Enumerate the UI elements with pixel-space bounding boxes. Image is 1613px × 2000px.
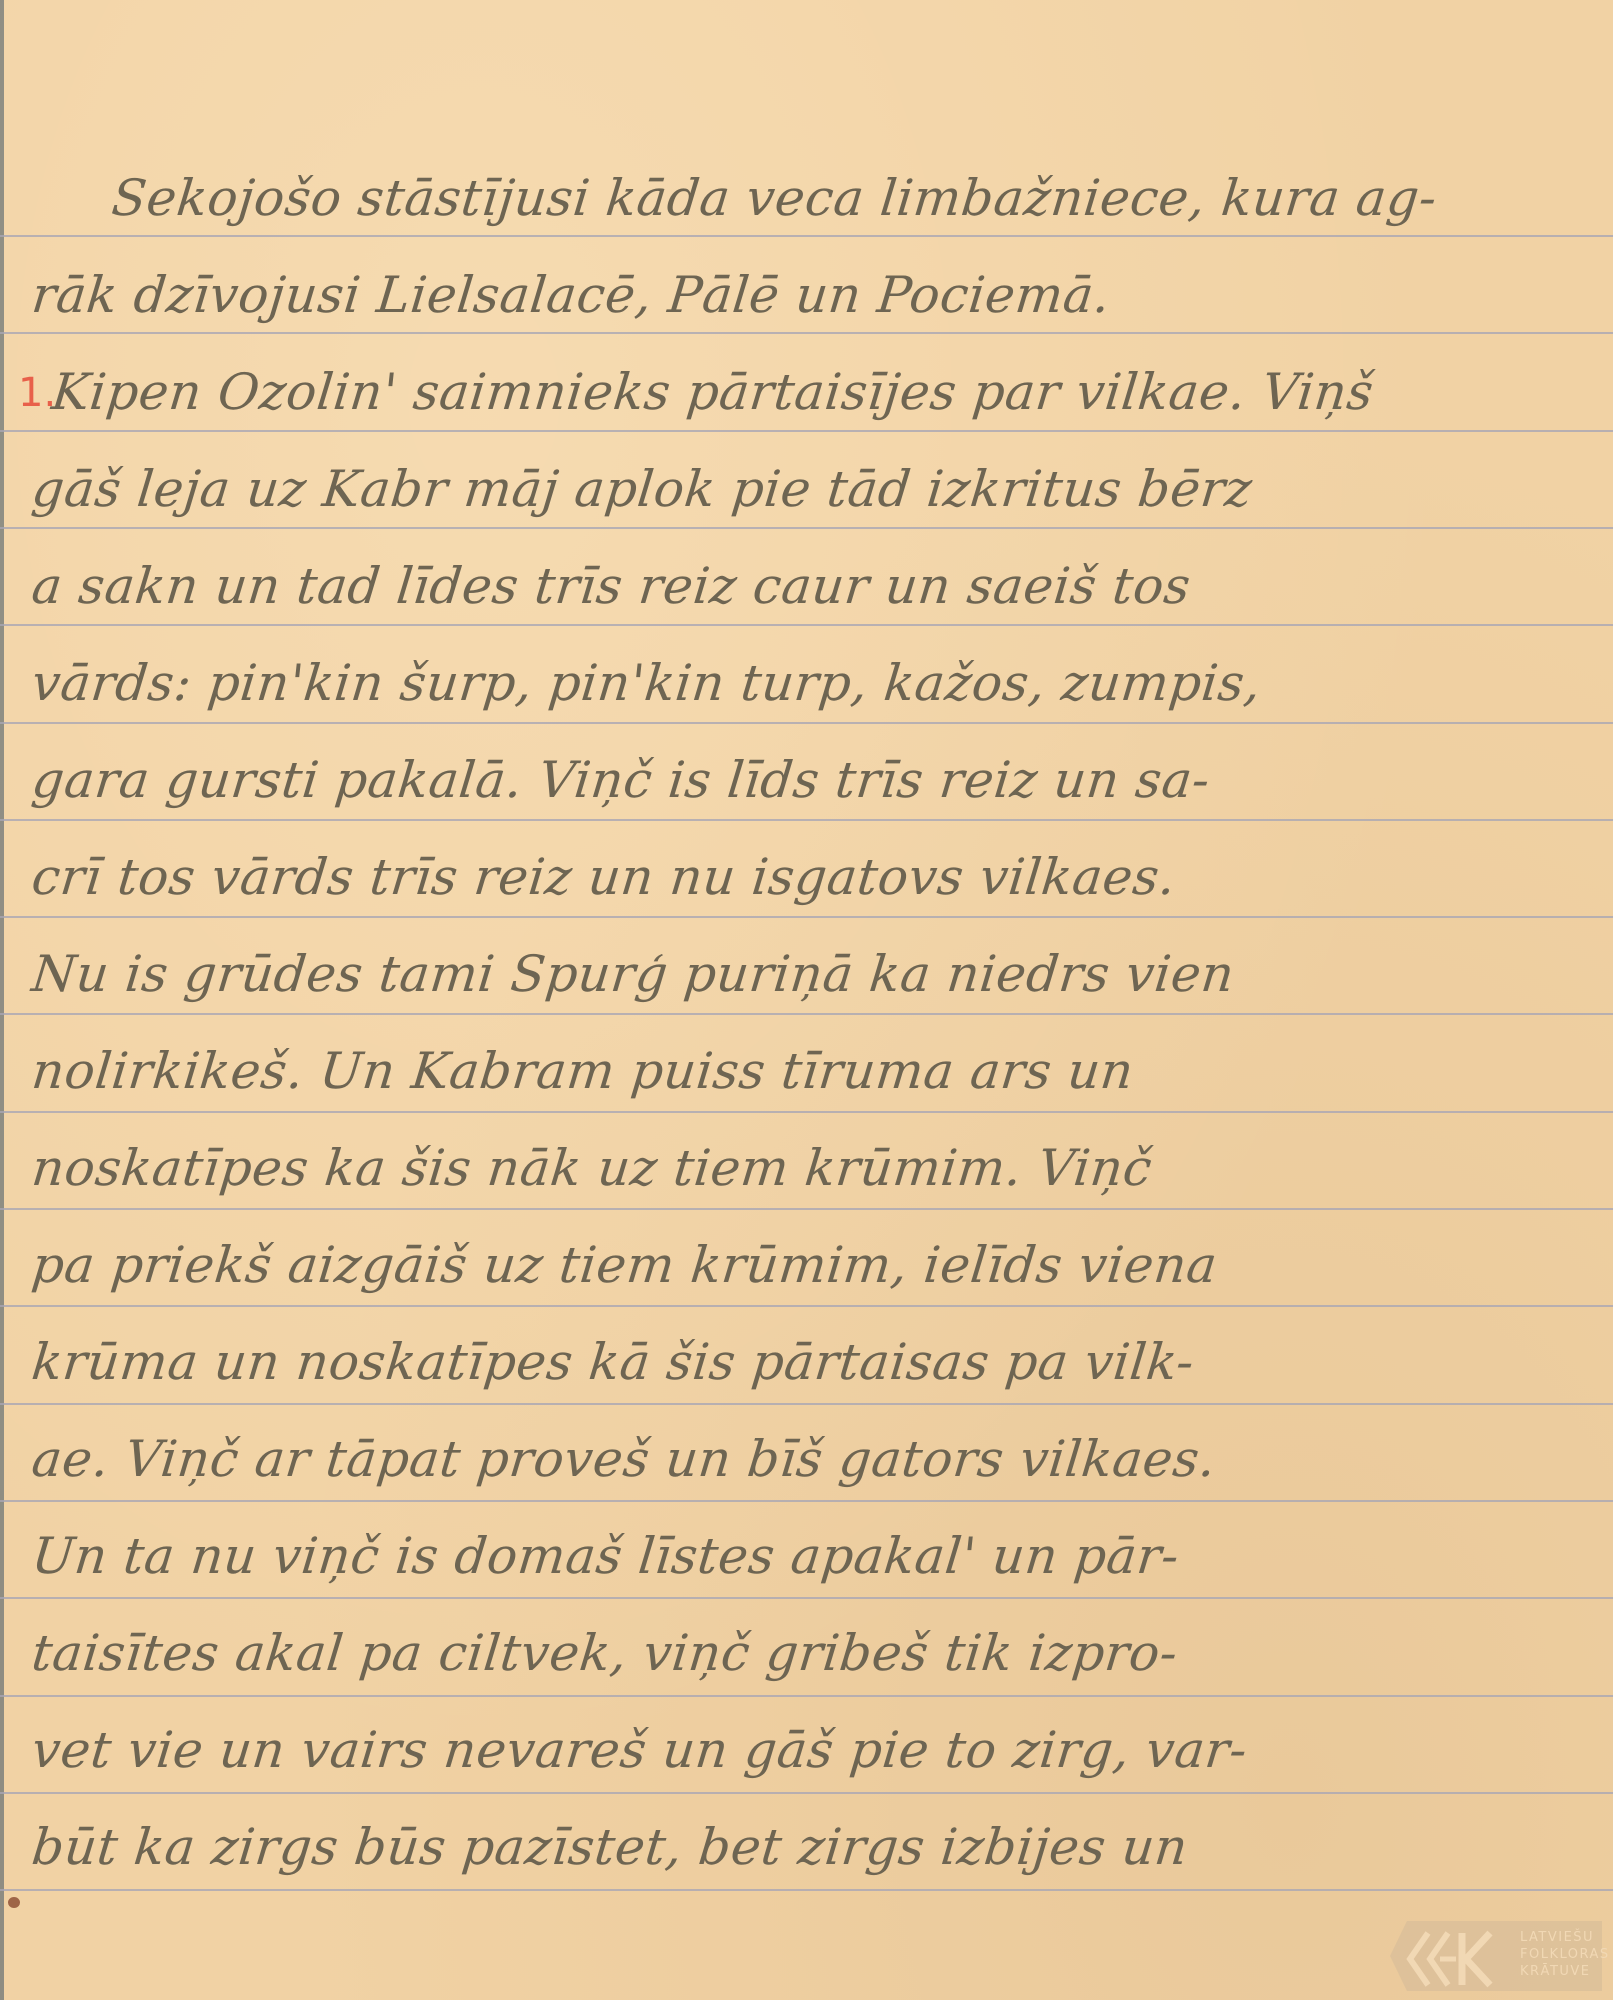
- page-left-edge-shadow: [0, 0, 4, 2000]
- handwritten-line-6: vārds: pin'kin šurp, pin'kin turp, kažos…: [28, 643, 1596, 723]
- scanned-manuscript-page: 1. Sekojošo stāstījusi kāda veca limbažn…: [0, 0, 1613, 2000]
- ruled-line: [0, 1208, 1613, 1210]
- logo-text: LATVIEŠU FOLKLORAS KRĀTUVE: [1520, 1929, 1610, 1980]
- ruled-line: [0, 1597, 1613, 1599]
- handwritten-line-4: gāš leja uz Kabr māj aplok pie tād izkri…: [28, 449, 1596, 529]
- handwritten-line-5: a sakn un tad līdes trīs reiz caur un sa…: [28, 546, 1596, 626]
- handwritten-line-10: nolirkikeš. Un Kabram puiss tīruma ars u…: [28, 1031, 1596, 1111]
- handwritten-line-2: rāk dzīvojusi Lielsalacē, Pālē un Pociem…: [28, 255, 1596, 335]
- ruled-line: [0, 1889, 1613, 1891]
- ruled-line: [0, 1500, 1613, 1502]
- handwritten-line-15: Un ta nu viņč is domaš līstes apakal' un…: [28, 1516, 1596, 1596]
- ruled-line: [0, 1111, 1613, 1113]
- logo-text-line-3: KRĀTUVE: [1520, 1963, 1610, 1980]
- logo-text-line-2: FOLKLORAS: [1520, 1946, 1610, 1963]
- ruled-line: [0, 1305, 1613, 1307]
- ruled-line: [0, 1695, 1613, 1697]
- handwritten-line-18: būt ka zirgs būs pazīstet, bet zirgs izb…: [28, 1807, 1596, 1887]
- chevron-k-logo-icon: [1406, 1927, 1496, 1991]
- handwritten-line-17: vet vie un vairs nevareš un gāš pie to z…: [28, 1710, 1596, 1790]
- logo-text-line-1: LATVIEŠU: [1520, 1929, 1610, 1946]
- archive-watermark-logo: LATVIEŠU FOLKLORAS KRĀTUVE: [1380, 1919, 1612, 1995]
- handwritten-line-12: pa priekš aizgāiš uz tiem krūmim, ielīds…: [28, 1225, 1596, 1305]
- handwritten-line-9: Nu is grūdes tami Spurģ puriņā ka niedrs…: [28, 934, 1596, 1014]
- ruled-line: [0, 1403, 1613, 1405]
- handwritten-line-7: gara gursti pakalā. Viņč is līds trīs re…: [28, 740, 1596, 820]
- handwritten-line-16: taisītes akal pa ciltvek, viņč gribeš ti…: [28, 1613, 1596, 1693]
- ruled-line: [0, 1792, 1613, 1794]
- handwritten-line-11: noskatīpes ka šis nāk uz tiem krūmim. Vi…: [28, 1128, 1596, 1208]
- handwritten-line-3: Kipen Ozolin' saimnieks pārtaisījes par …: [48, 352, 1613, 432]
- handwritten-line-8: crī tos vārds trīs reiz un nu isgatovs v…: [28, 837, 1596, 917]
- ink-blot: [8, 1897, 20, 1908]
- handwritten-line-1: Sekojošo stāstījusi kāda veca limbažniec…: [108, 158, 1613, 238]
- handwritten-line-14: ae. Viņč ar tāpat proveš un bīš gators v…: [28, 1419, 1596, 1499]
- handwritten-line-13: krūma un noskatīpes kā šis pārtaisas pa …: [28, 1322, 1596, 1402]
